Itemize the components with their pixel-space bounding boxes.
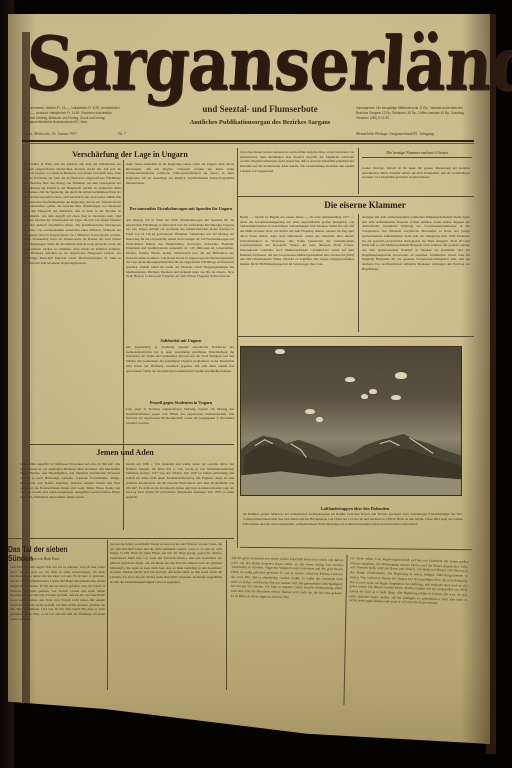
- section-divider: [238, 196, 474, 197]
- masthead-rule: [22, 140, 474, 142]
- masthead-tagline: Amtliches Publikationsorgan des Bezirkes…: [150, 119, 370, 126]
- article-jemen-continued-2: zweier Verträge. Jedoch ist bis heute di…: [362, 166, 470, 194]
- section-divider: [238, 336, 474, 337]
- dateline: Mels, Mittwoch, 16. Januar 1957 Nr. 7: [24, 131, 126, 136]
- subhead-eisenbahnwagen: Der tausendste Eisenbahnwagen mit Spende…: [126, 206, 236, 211]
- supplement-note: Monatliche Beilage: Sarganserland/85. Ja…: [356, 131, 466, 136]
- photo-paratroopers-dolomites: [240, 346, 462, 496]
- headline-jemen: Jemen und Aden: [60, 448, 190, 457]
- column-divider: [237, 148, 238, 548]
- issue-number: Nr. 7: [118, 131, 126, 136]
- article-jemen-continued: Zwischen diesen beiden Gebieten ist ein …: [240, 150, 354, 192]
- novel-col2: das nur die Köpfe verschließt! Denkt an …: [110, 542, 222, 684]
- photo-caption-title: Luftlandetruppen über den Dolomiten: [270, 506, 440, 511]
- column-divider: [358, 148, 359, 194]
- photo-caption: Im Rahmen großer Manöver der italienisch…: [243, 512, 463, 527]
- column-divider: [226, 540, 227, 690]
- column-divider: [123, 160, 124, 530]
- masthead-title: Sarganserländer: [23, 13, 469, 117]
- article-ungarn-train: Am Montag traf in Wien der 1000. Eisenba…: [126, 218, 234, 336]
- headline-klammer: Die eiserne Klammer: [280, 200, 450, 210]
- column-divider: [107, 540, 108, 690]
- subhead-prozess: Prozeß gegen Studenten in Ungarn: [126, 400, 236, 405]
- section-divider: [8, 538, 234, 539]
- article-klammer-col1: Berlin. — Gleich zu Beginn des neuen Jah…: [240, 215, 354, 331]
- article-ungarn-col2: stehe. Seine Aufnahme in die Regierung k…: [126, 162, 234, 204]
- novel-col4: zur Sache selbst. Laut Regierungsbeschlu…: [346, 556, 469, 718]
- article-jemen-col2: bereits um 1000 v. Chr. besiedelt und wu…: [126, 462, 234, 534]
- headline-ungarn: Verschärfung der Lage in Ungarn: [30, 150, 230, 159]
- novel-col3: daß die ganze Gemeinde mit einem wilden …: [228, 556, 343, 708]
- article-ungarn-col1: Beobachter in Wien sind der Ansicht, all…: [24, 162, 121, 444]
- subhead-solidaritaet: Solidarität mit Ungarn: [126, 338, 236, 343]
- masthead-subtitle: und Seeztal- und Flumserbote: [170, 104, 350, 114]
- column-divider: [358, 214, 359, 332]
- section-divider: [22, 444, 234, 445]
- article-jemen-col1: Jemen zählt ungefähr 3,5 Millionen Einwo…: [20, 462, 120, 534]
- article-ungarn-trial: Laut einer in Freiburg eingetroffenen Me…: [126, 407, 234, 443]
- article-ungarn-solidarity: Die gegenwärtig in Straßburg tagende eur…: [126, 345, 234, 397]
- advertising-rates: Inseratpreise: Die einspaltige Millimete…: [356, 106, 466, 120]
- masthead-rule-thin: [22, 143, 474, 144]
- issue-date: Mels, Mittwoch, 16. Januar 1957: [24, 131, 77, 136]
- article-klammer-col2: derzuges mit dem stellvertretenden polni…: [362, 215, 470, 331]
- mountains-icon: [241, 347, 461, 495]
- novel-col1: «Ich kann es nicht sagen! Wie soll ich e…: [10, 565, 105, 685]
- page-count-note: Die heutige Nummer umfasst 6 Seiten: [362, 150, 472, 158]
- subscription-info: Abonnements: Jährlich Fr. 16.—, halbjähr…: [24, 106, 124, 125]
- novel-byline: Roman von Hans Ernst: [26, 557, 86, 561]
